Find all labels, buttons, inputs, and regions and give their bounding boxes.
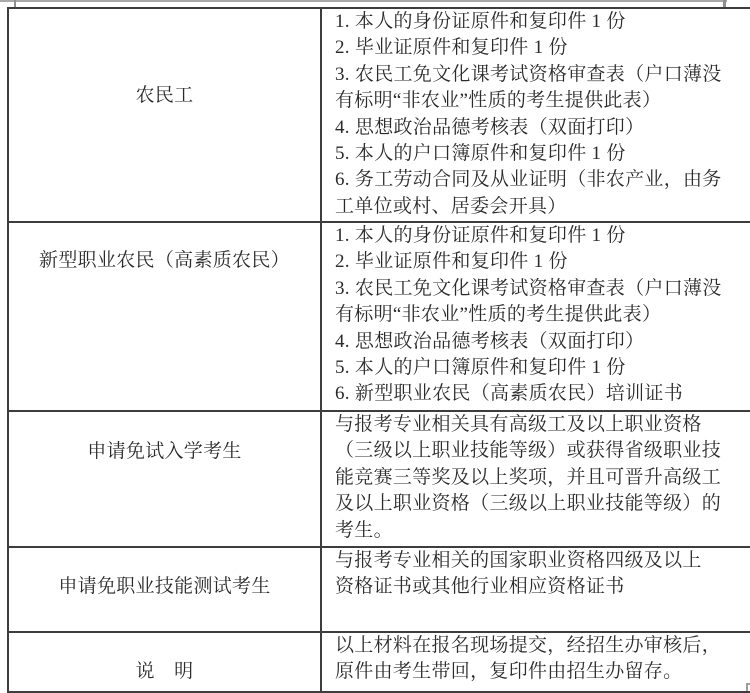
material-line: 工单位或村、居委会开具）	[335, 194, 750, 220]
requirements-table-body: 农民工 1. 本人的身份证原件和复印件 1 份2. 毕业证原件和复印件 1 份3…	[8, 8, 750, 693]
material-line: 6. 新型职业农民（高素质农民）培训证书	[335, 381, 750, 407]
material-line: 4. 思想政治品德考核表（双面打印）	[335, 115, 750, 141]
table-row: 申请免试入学考生 与报考专业相关具有高级工及以上职业资格（三级以上职业技能等级）…	[8, 411, 750, 547]
materials-cell: 1. 本人的身份证原件和复印件 1 份2. 毕业证原件和复印件 1 份3. 农民…	[321, 222, 750, 411]
material-line: 有标明“非农业”性质的考生提供此表）	[335, 302, 750, 328]
material-line: 及以上职业资格（三级以上职业技能等级）的	[335, 491, 750, 517]
material-line: 与报考专业相关的国家职业资格四级及以上	[335, 548, 750, 574]
cropped-row-remnant-stub-left	[14, 0, 16, 7]
material-line: 2. 毕业证原件和复印件 1 份	[335, 249, 750, 275]
category-label: 说 明	[10, 634, 319, 685]
category-label: 申请免试入学考生	[10, 413, 319, 465]
material-line: 1. 本人的身份证原件和复印件 1 份	[335, 9, 750, 35]
material-line: 3. 农民工免文化课考试资格审查表（户口薄没	[335, 276, 750, 302]
material-line: 能竞赛三等奖及以上奖项，并且可晋升高级工	[335, 465, 750, 491]
table-row: 新型职业农民（高素质农民） 1. 本人的身份证原件和复印件 1 份2. 毕业证原…	[8, 222, 750, 411]
table-row: 申请免职业技能测试考生 与报考专业相关的国家职业资格四级及以上资格证书或其他行业…	[8, 547, 750, 632]
category-cell: 申请免职业技能测试考生	[8, 547, 321, 632]
category-label: 新型职业农民（高素质农民）	[10, 224, 319, 274]
category-label: 农民工	[10, 10, 319, 109]
category-cell: 新型职业农民（高素质农民）	[8, 222, 321, 411]
material-line: 资格证书或其他行业相应资格证书	[335, 574, 750, 600]
material-line: 原件由考生带回，复印件由招生办留存。	[335, 659, 750, 685]
materials-cell: 1. 本人的身份证原件和复印件 1 份2. 毕业证原件和复印件 1 份3. 农民…	[321, 8, 750, 222]
category-cell: 申请免试入学考生	[8, 411, 321, 547]
category-label: 申请免职业技能测试考生	[10, 549, 319, 600]
materials-cell: 以上材料在报名现场提交，经招生办审核后，原件由考生带回，复印件由招生办留存。	[321, 632, 750, 693]
table-row: 说 明 以上材料在报名现场提交，经招生办审核后，原件由考生带回，复印件由招生办留…	[8, 632, 750, 693]
material-line: （三级以上职业技能等级）或获得省级职业技	[335, 438, 750, 464]
material-line: 6. 务工劳动合同及从业证明（非农产业，由务	[335, 167, 750, 193]
material-line: 1. 本人的身份证原件和复印件 1 份	[335, 223, 750, 249]
category-cell: 说 明	[8, 632, 321, 693]
material-line: 考生。	[335, 518, 750, 544]
materials-cell: 与报考专业相关的国家职业资格四级及以上资格证书或其他行业相应资格证书	[321, 547, 750, 632]
material-line: 3. 农民工免文化课考试资格审查表（户口薄没	[335, 62, 750, 88]
material-line: 4. 思想政治品德考核表（双面打印）	[335, 329, 750, 355]
material-line: 与报考专业相关具有高级工及以上职业资格	[335, 412, 750, 438]
cropped-row-remnant-line	[0, 0, 727, 2]
table-row: 农民工 1. 本人的身份证原件和复印件 1 份2. 毕业证原件和复印件 1 份3…	[8, 8, 750, 222]
material-line: 2. 毕业证原件和复印件 1 份	[335, 35, 750, 61]
material-line: 有标明“非农业”性质的考生提供此表）	[335, 88, 750, 114]
materials-cell: 与报考专业相关具有高级工及以上职业资格（三级以上职业技能等级）或获得省级职业技能…	[321, 411, 750, 547]
material-line: 5. 本人的户口簿原件和复印件 1 份	[335, 141, 750, 167]
category-cell: 农民工	[8, 8, 321, 222]
materials-requirements-table: 农民工 1. 本人的身份证原件和复印件 1 份2. 毕业证原件和复印件 1 份3…	[7, 7, 750, 693]
material-line: 5. 本人的户口簿原件和复印件 1 份	[335, 355, 750, 381]
material-line: 以上材料在报名现场提交，经招生办审核后，	[335, 633, 750, 659]
